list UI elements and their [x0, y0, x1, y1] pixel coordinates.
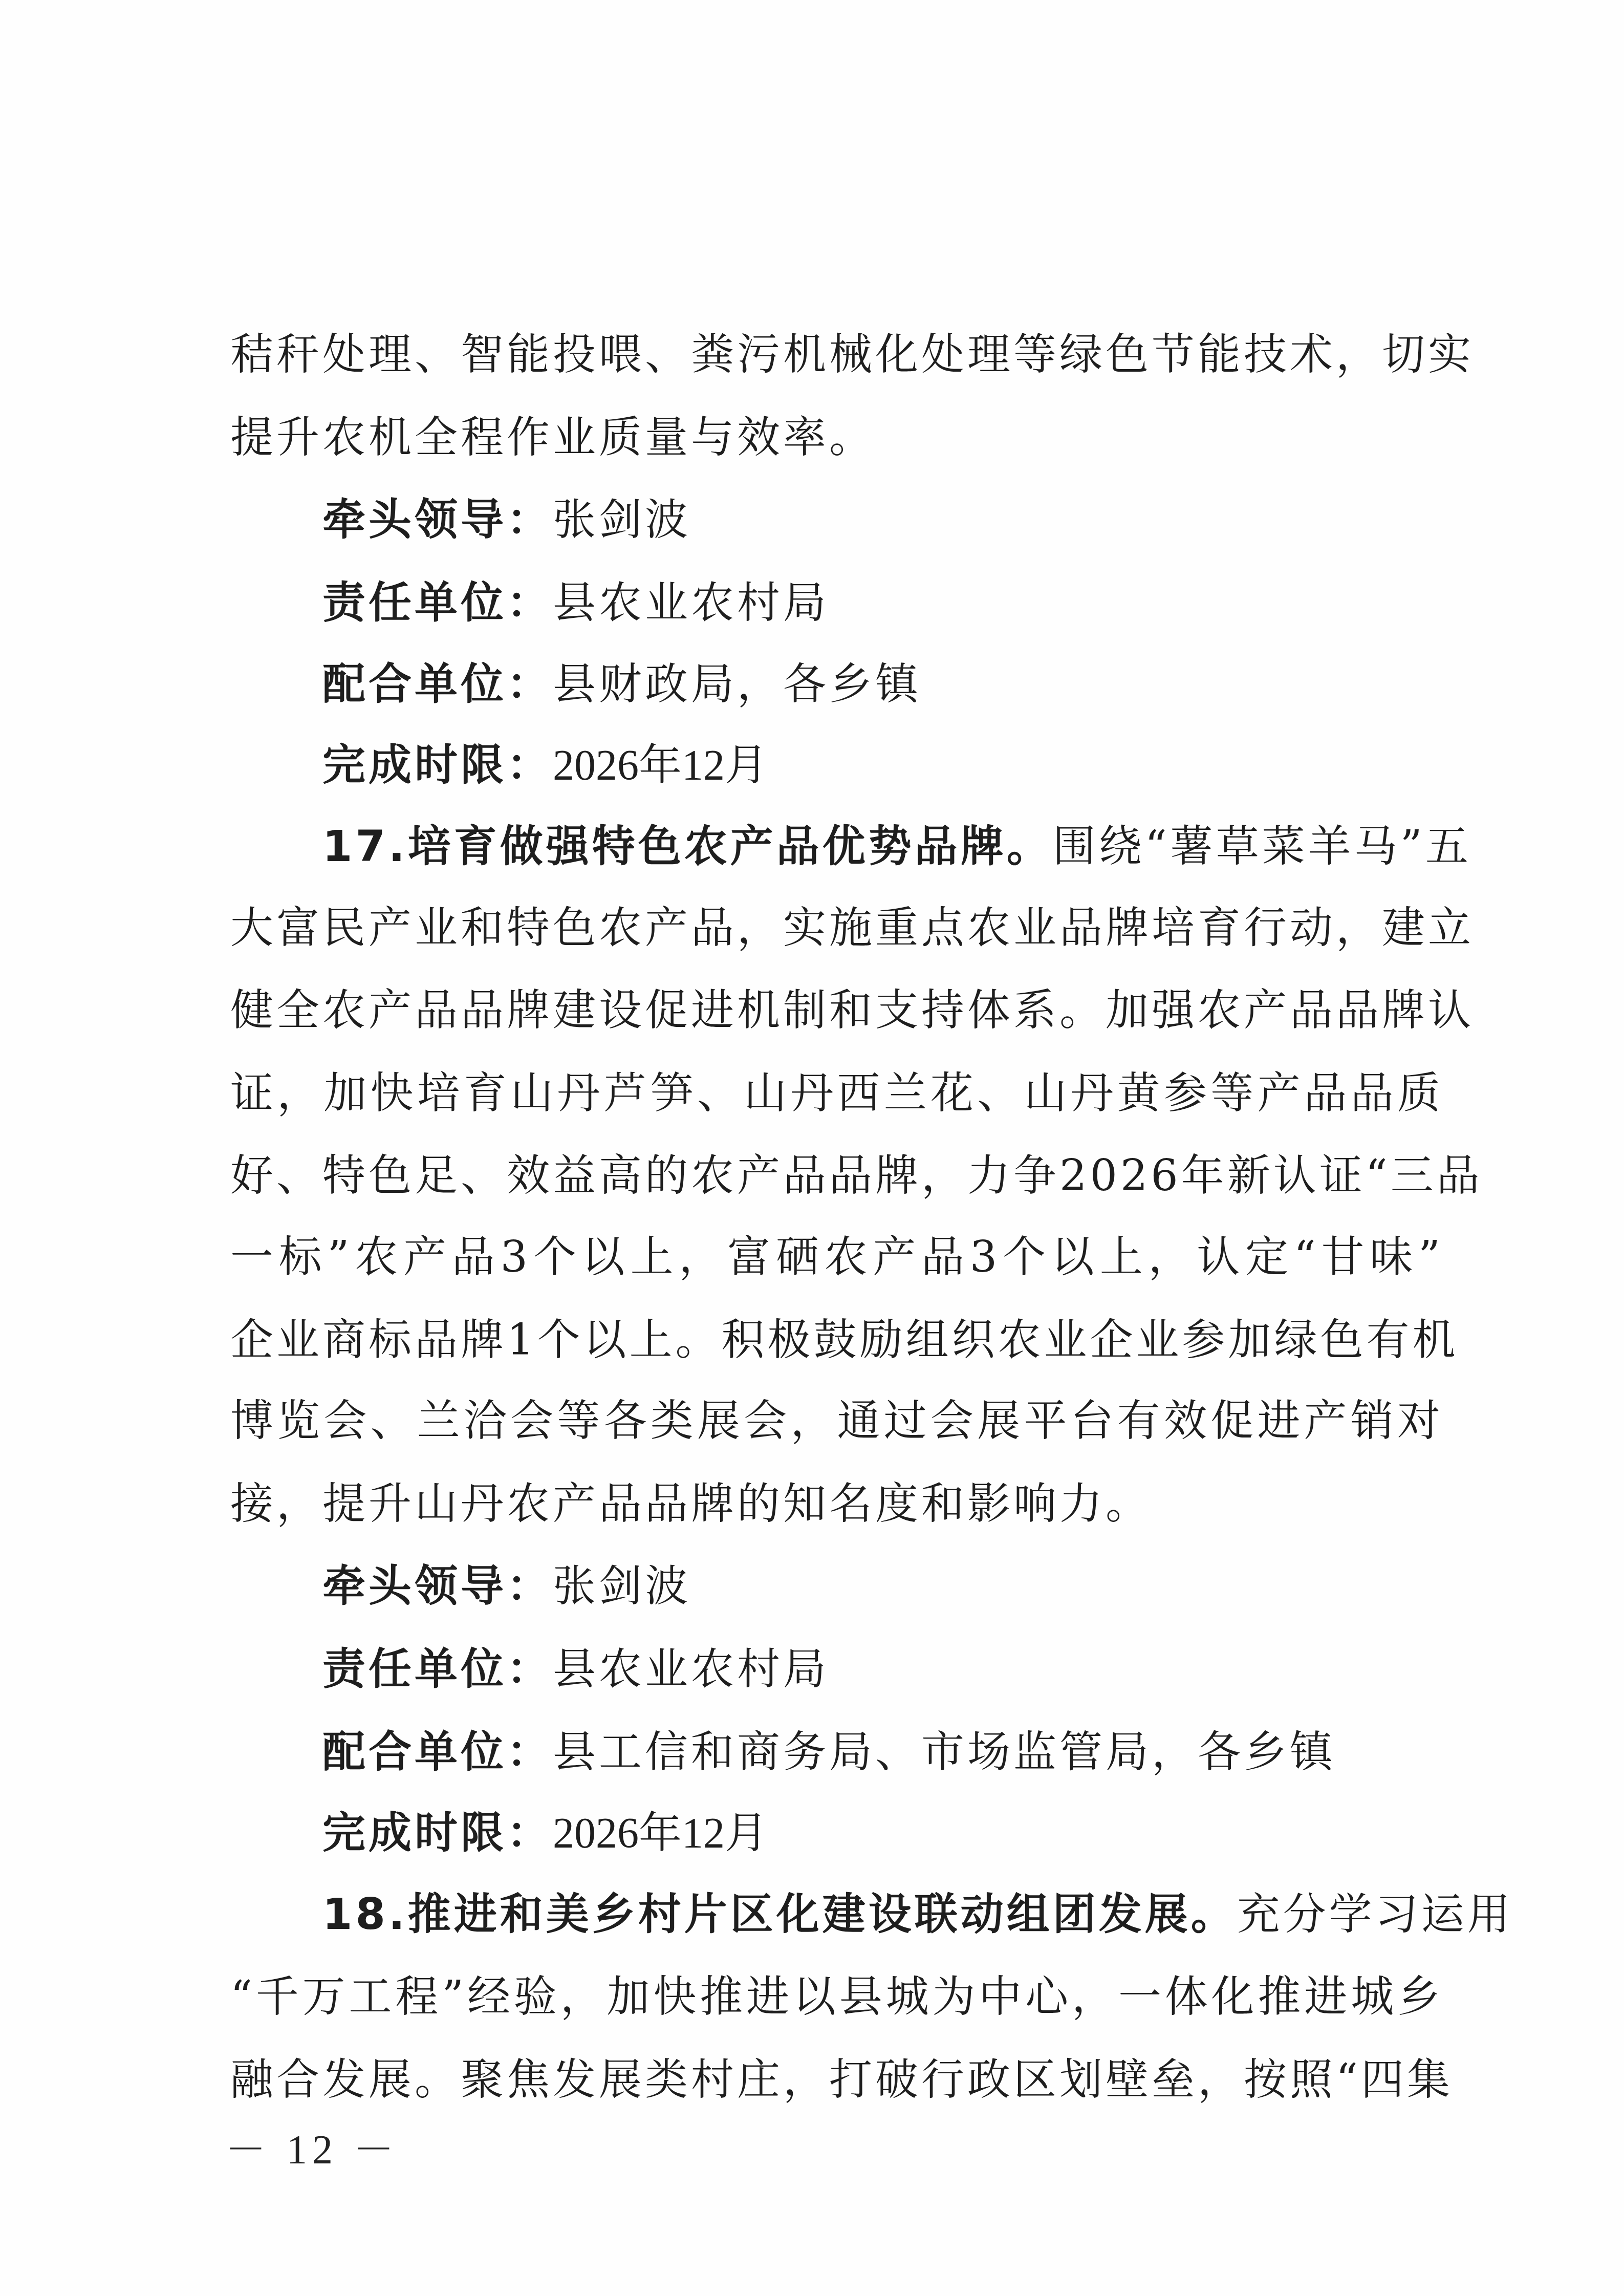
cooperating-units-label: 配合单位：	[322, 1727, 553, 1777]
lead-leader-label: 牵头领导：	[322, 1561, 553, 1611]
deadline-value: 2026年12月	[553, 1810, 768, 1857]
paragraph-line: 提升农机全程作业质量与效率。	[230, 406, 1443, 468]
lead-leader-row: 牵头领导：张剑波	[322, 489, 1443, 550]
paragraph-line: 融合发展。聚焦发展类村庄，打破行政区划壁垒，按照“四集	[230, 2049, 1443, 2110]
lead-leader-row: 牵头领导：张剑波	[322, 1555, 1443, 1617]
page-number: － 12 －	[225, 2125, 399, 2176]
paragraph-line: 秸秆处理、智能投喂、粪污机械化处理等绿色节能技术，切实	[230, 324, 1443, 385]
responsible-unit-row: 责任单位：县农业农村局	[322, 1638, 1443, 1700]
paragraph-text: 充分学习运用	[1237, 1889, 1513, 1939]
paragraph-line: 健全农产品品牌建设促进机制和支持体系。加强农产品品牌认	[230, 979, 1443, 1041]
paragraph-line: 博览会、兰洽会等各类展会，通过会展平台有效促进产销对	[230, 1390, 1443, 1451]
item-18-heading: 18.推进和美乡村片区化建设联动组团发展。	[322, 1889, 1237, 1939]
paragraph-line: 大富民产业和特色农产品，实施重点农业品牌培育行动，建立	[230, 897, 1443, 958]
item-17-heading: 17.培育做强特色农产品优势品牌。	[322, 821, 1053, 871]
paragraph-line: 企业商标品牌1个以上。积极鼓励组织农业企业参加绿色有机	[230, 1309, 1443, 1370]
cooperating-units-row: 配合单位：县财政局，各乡镇	[322, 653, 1443, 715]
paragraph-line: 接，提升山丹农产品品牌的知名度和影响力。	[230, 1473, 1443, 1534]
deadline-label: 完成时限：	[322, 1808, 553, 1858]
responsible-unit-value: 县农业农村局	[553, 1644, 829, 1694]
deadline-row: 完成时限：2026年12月	[322, 734, 1443, 796]
paragraph-line: 证，加快培育山丹芦笋、山丹西兰花、山丹黄参等产品品质	[230, 1062, 1443, 1124]
document-page: 秸秆处理、智能投喂、粪污机械化处理等绿色节能技术，切实 提升农机全程作业质量与效…	[0, 0, 1624, 2296]
item-18-first-line: 18.推进和美乡村片区化建设联动组团发展。充分学习运用	[322, 1883, 1443, 1945]
cooperating-units-value: 县财政局，各乡镇	[553, 659, 921, 709]
cooperating-units-label: 配合单位：	[322, 659, 553, 709]
lead-leader-value: 张剑波	[553, 495, 691, 545]
deadline-row: 完成时限：2026年12月	[322, 1802, 1443, 1863]
lead-leader-value: 张剑波	[553, 1561, 691, 1611]
deadline-label: 完成时限：	[322, 740, 553, 790]
paragraph-line: 好、特色足、效益高的农产品品牌，力争2026年新认证“三品	[230, 1145, 1443, 1206]
cooperating-units-row: 配合单位：县工信和商务局、市场监管局，各乡镇	[322, 1721, 1443, 1783]
responsible-unit-value: 县农业农村局	[553, 577, 829, 628]
item-17-first-line: 17.培育做强特色农产品优势品牌。围绕“薯草菜羊马”五	[322, 816, 1443, 877]
cooperating-units-value: 县工信和商务局、市场监管局，各乡镇	[553, 1727, 1336, 1777]
responsible-unit-label: 责任单位：	[322, 577, 553, 628]
paragraph-text: 围绕“薯草菜羊马”五	[1053, 821, 1471, 871]
deadline-value: 2026年12月	[553, 742, 768, 789]
responsible-unit-row: 责任单位：县农业农村局	[322, 572, 1443, 633]
paragraph-line: 一标”农产品3个以上，富硒农产品3个以上，认定“甘味”	[230, 1226, 1443, 1288]
responsible-unit-label: 责任单位：	[322, 1644, 553, 1694]
lead-leader-label: 牵头领导：	[322, 495, 553, 545]
paragraph-line: “千万工程”经验，加快推进以县城为中心，一体化推进城乡	[230, 1966, 1443, 2027]
